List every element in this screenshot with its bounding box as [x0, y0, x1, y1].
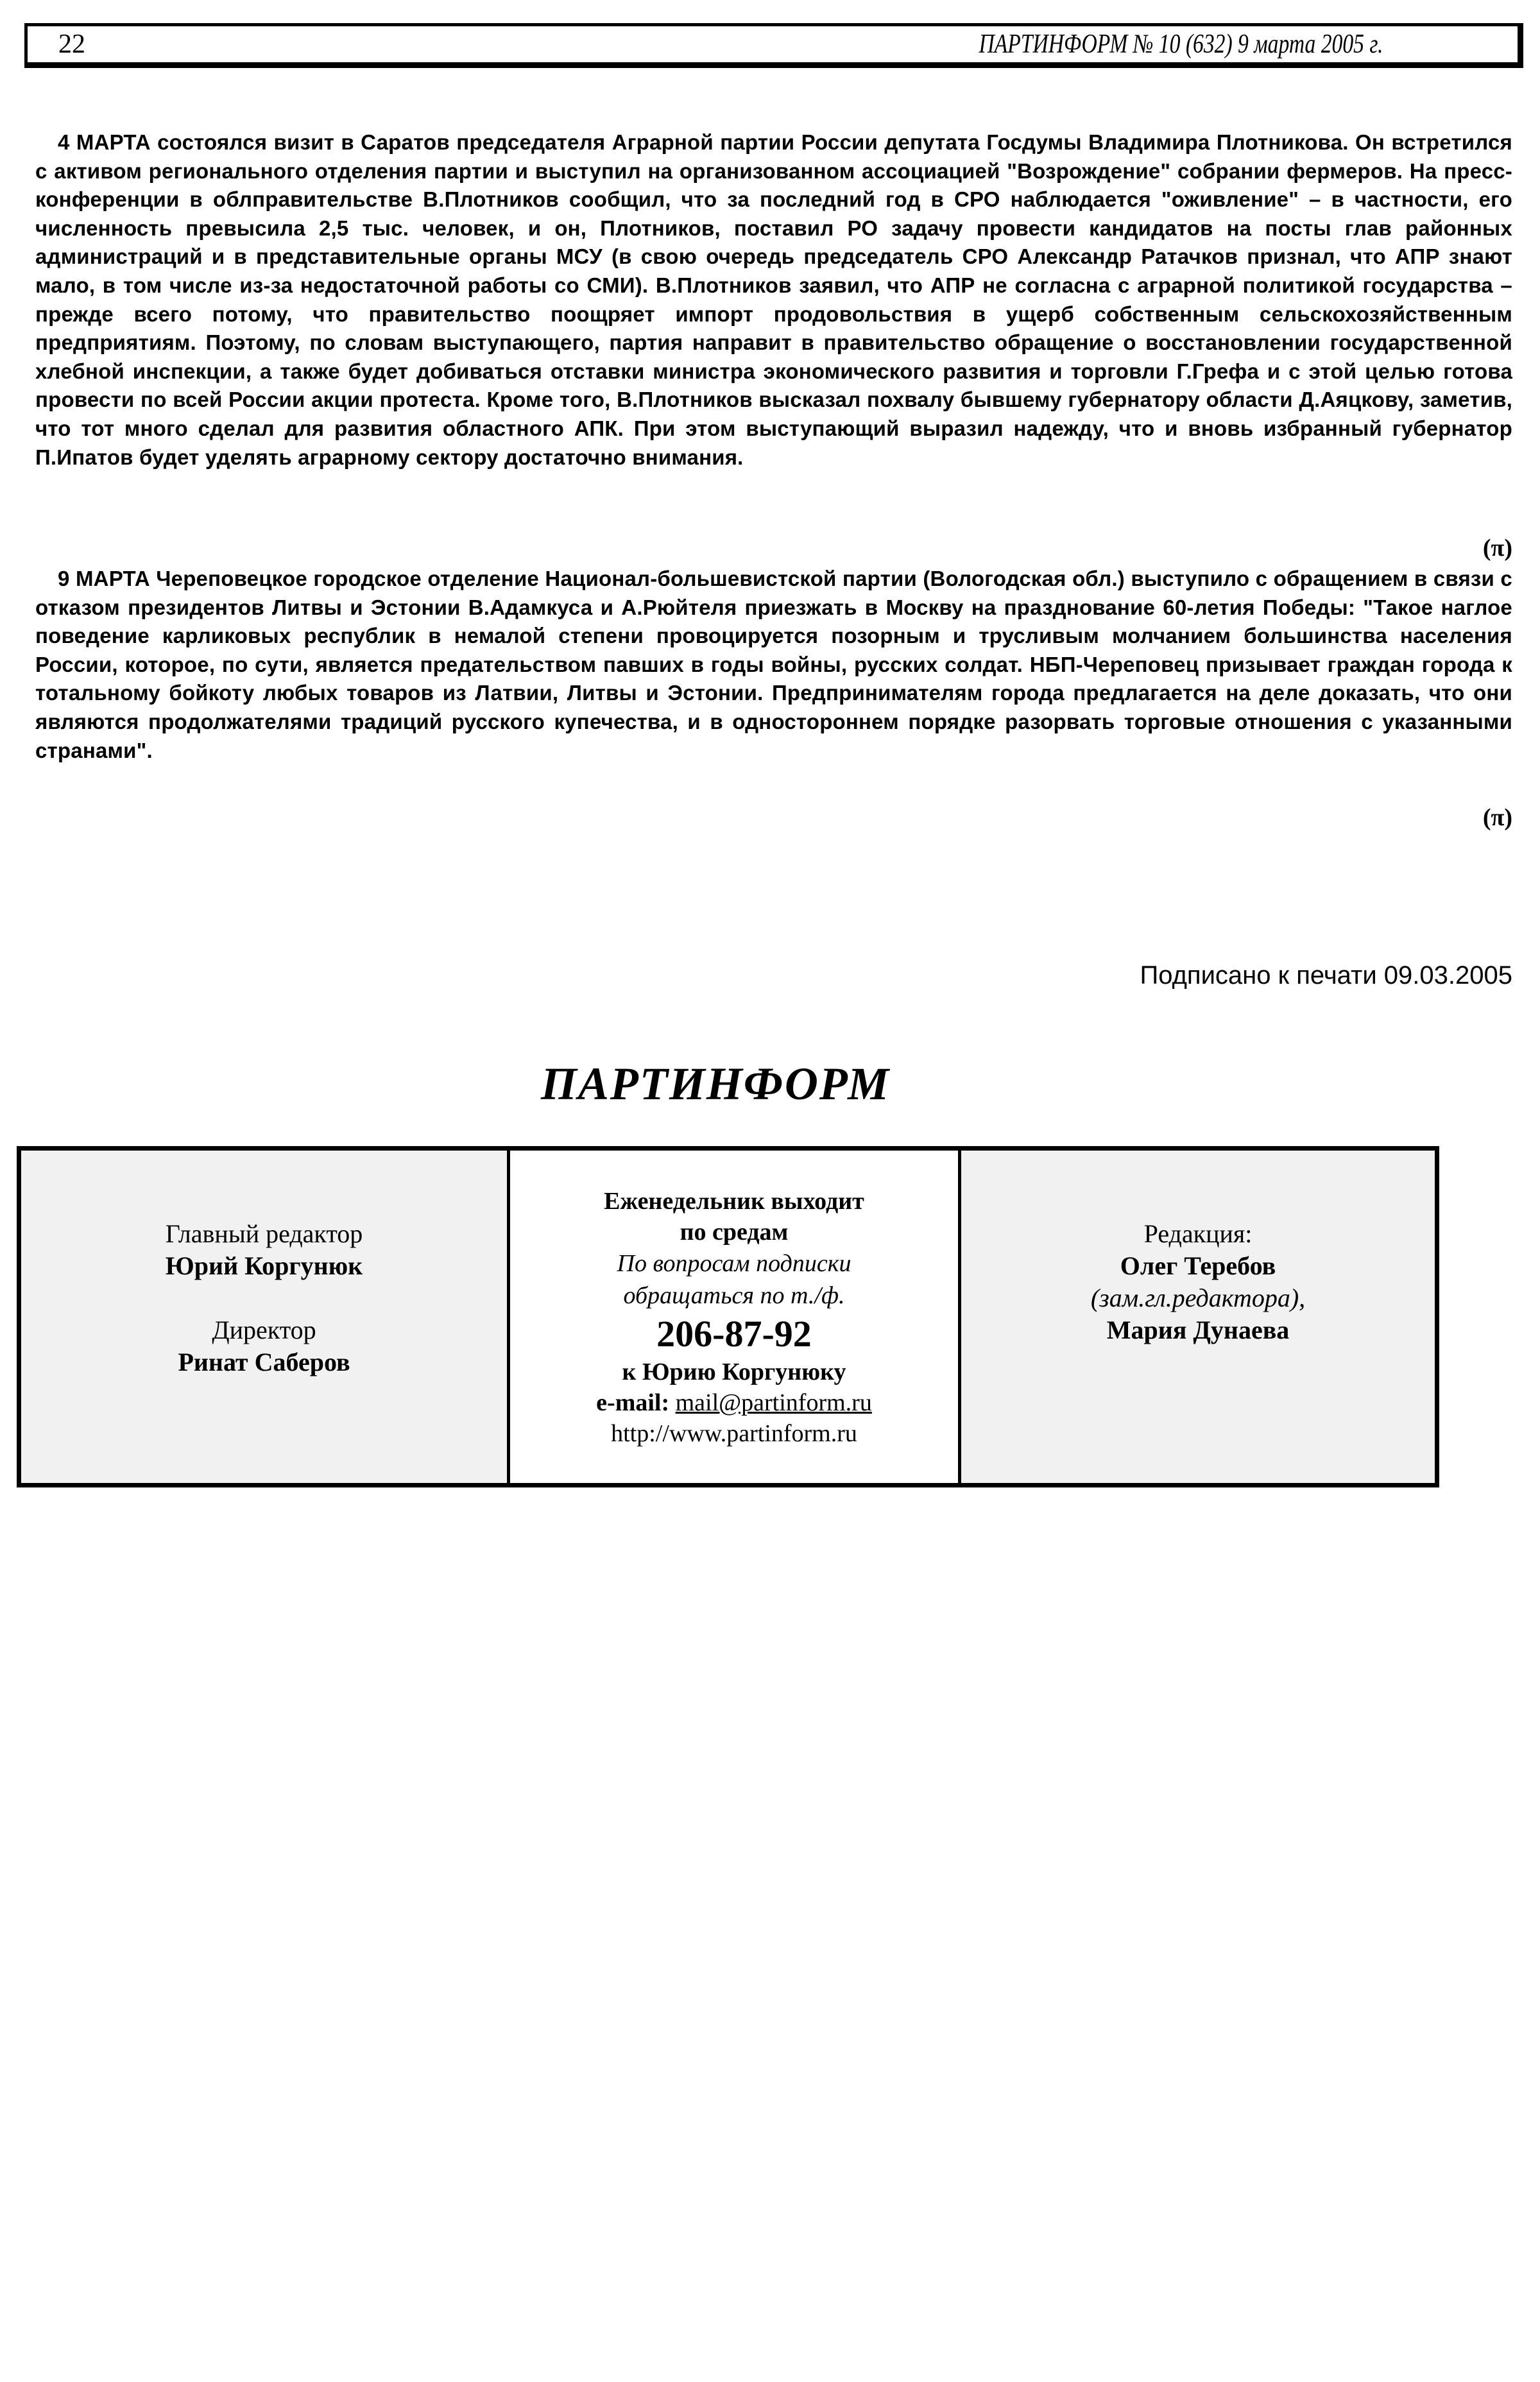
subscription-note: По вопросам подписки [510, 1247, 958, 1280]
phone-number: 206-87-92 [510, 1312, 958, 1357]
contact-person: к Юрию Коргунюку [510, 1357, 958, 1387]
spacer [21, 1282, 507, 1314]
director-role: Директор [21, 1314, 507, 1346]
news-item-text: 4 МАРТА состоялся визит в Саратов предсе… [35, 128, 1512, 472]
masthead-table: Главный редактор Юрий Коргунюк Директор … [17, 1146, 1439, 1487]
editor-name: Юрий Коргунюк [21, 1250, 507, 1282]
editorial-member-name: Мария Дунаева [961, 1314, 1435, 1346]
source-mark: (π) [1483, 803, 1512, 832]
editorial-member-name: Олег Теребов [961, 1250, 1435, 1282]
news-item: 4 МАРТА состоялся визит в Саратов предсе… [35, 128, 1512, 472]
email-label: e-mail: [596, 1389, 669, 1416]
editor-role: Главный редактор [21, 1218, 507, 1250]
website-url[interactable]: http://www.partinform.ru [510, 1418, 958, 1449]
subscription-note-2: обращаться по т./ф. [510, 1280, 958, 1312]
signed-to-print: Подписано к печати 09.03.2005 [1140, 961, 1512, 990]
news-item-text: 9 МАРТА Череповецкое городское отделение… [35, 565, 1512, 765]
masthead-title: ПАРТИНФОРМ [0, 1058, 1431, 1111]
issue-title: ПАРТИНФОРМ № 10 (632) 9 марта 2005 г. [979, 30, 1383, 58]
publication-schedule: Еженедельник выходит [510, 1186, 958, 1217]
email-link[interactable]: mail@partinform.ru [676, 1389, 872, 1416]
masthead-cell-contacts: Еженедельник выходит по средам По вопрос… [510, 1151, 961, 1483]
editorial-label: Редакция: [961, 1218, 1435, 1250]
editorial-member-role: (зам.гл.редактора), [961, 1282, 1435, 1314]
source-mark: (π) [1483, 534, 1512, 562]
masthead-cell-editorial: Редакция: Олег Теребов (зам.гл.редактора… [961, 1151, 1435, 1483]
page-header: 22 ПАРТИНФОРМ № 10 (632) 9 марта 2005 г. [24, 23, 1523, 68]
page-number: 22 [58, 30, 85, 58]
publication-day: по средам [510, 1217, 958, 1247]
news-item: 9 МАРТА Череповецкое городское отделение… [35, 565, 1512, 765]
email-line: e-mail: mail@partinform.ru [510, 1387, 958, 1418]
director-name: Ринат Саберов [21, 1346, 507, 1378]
masthead-cell-management: Главный редактор Юрий Коргунюк Директор … [21, 1151, 510, 1483]
